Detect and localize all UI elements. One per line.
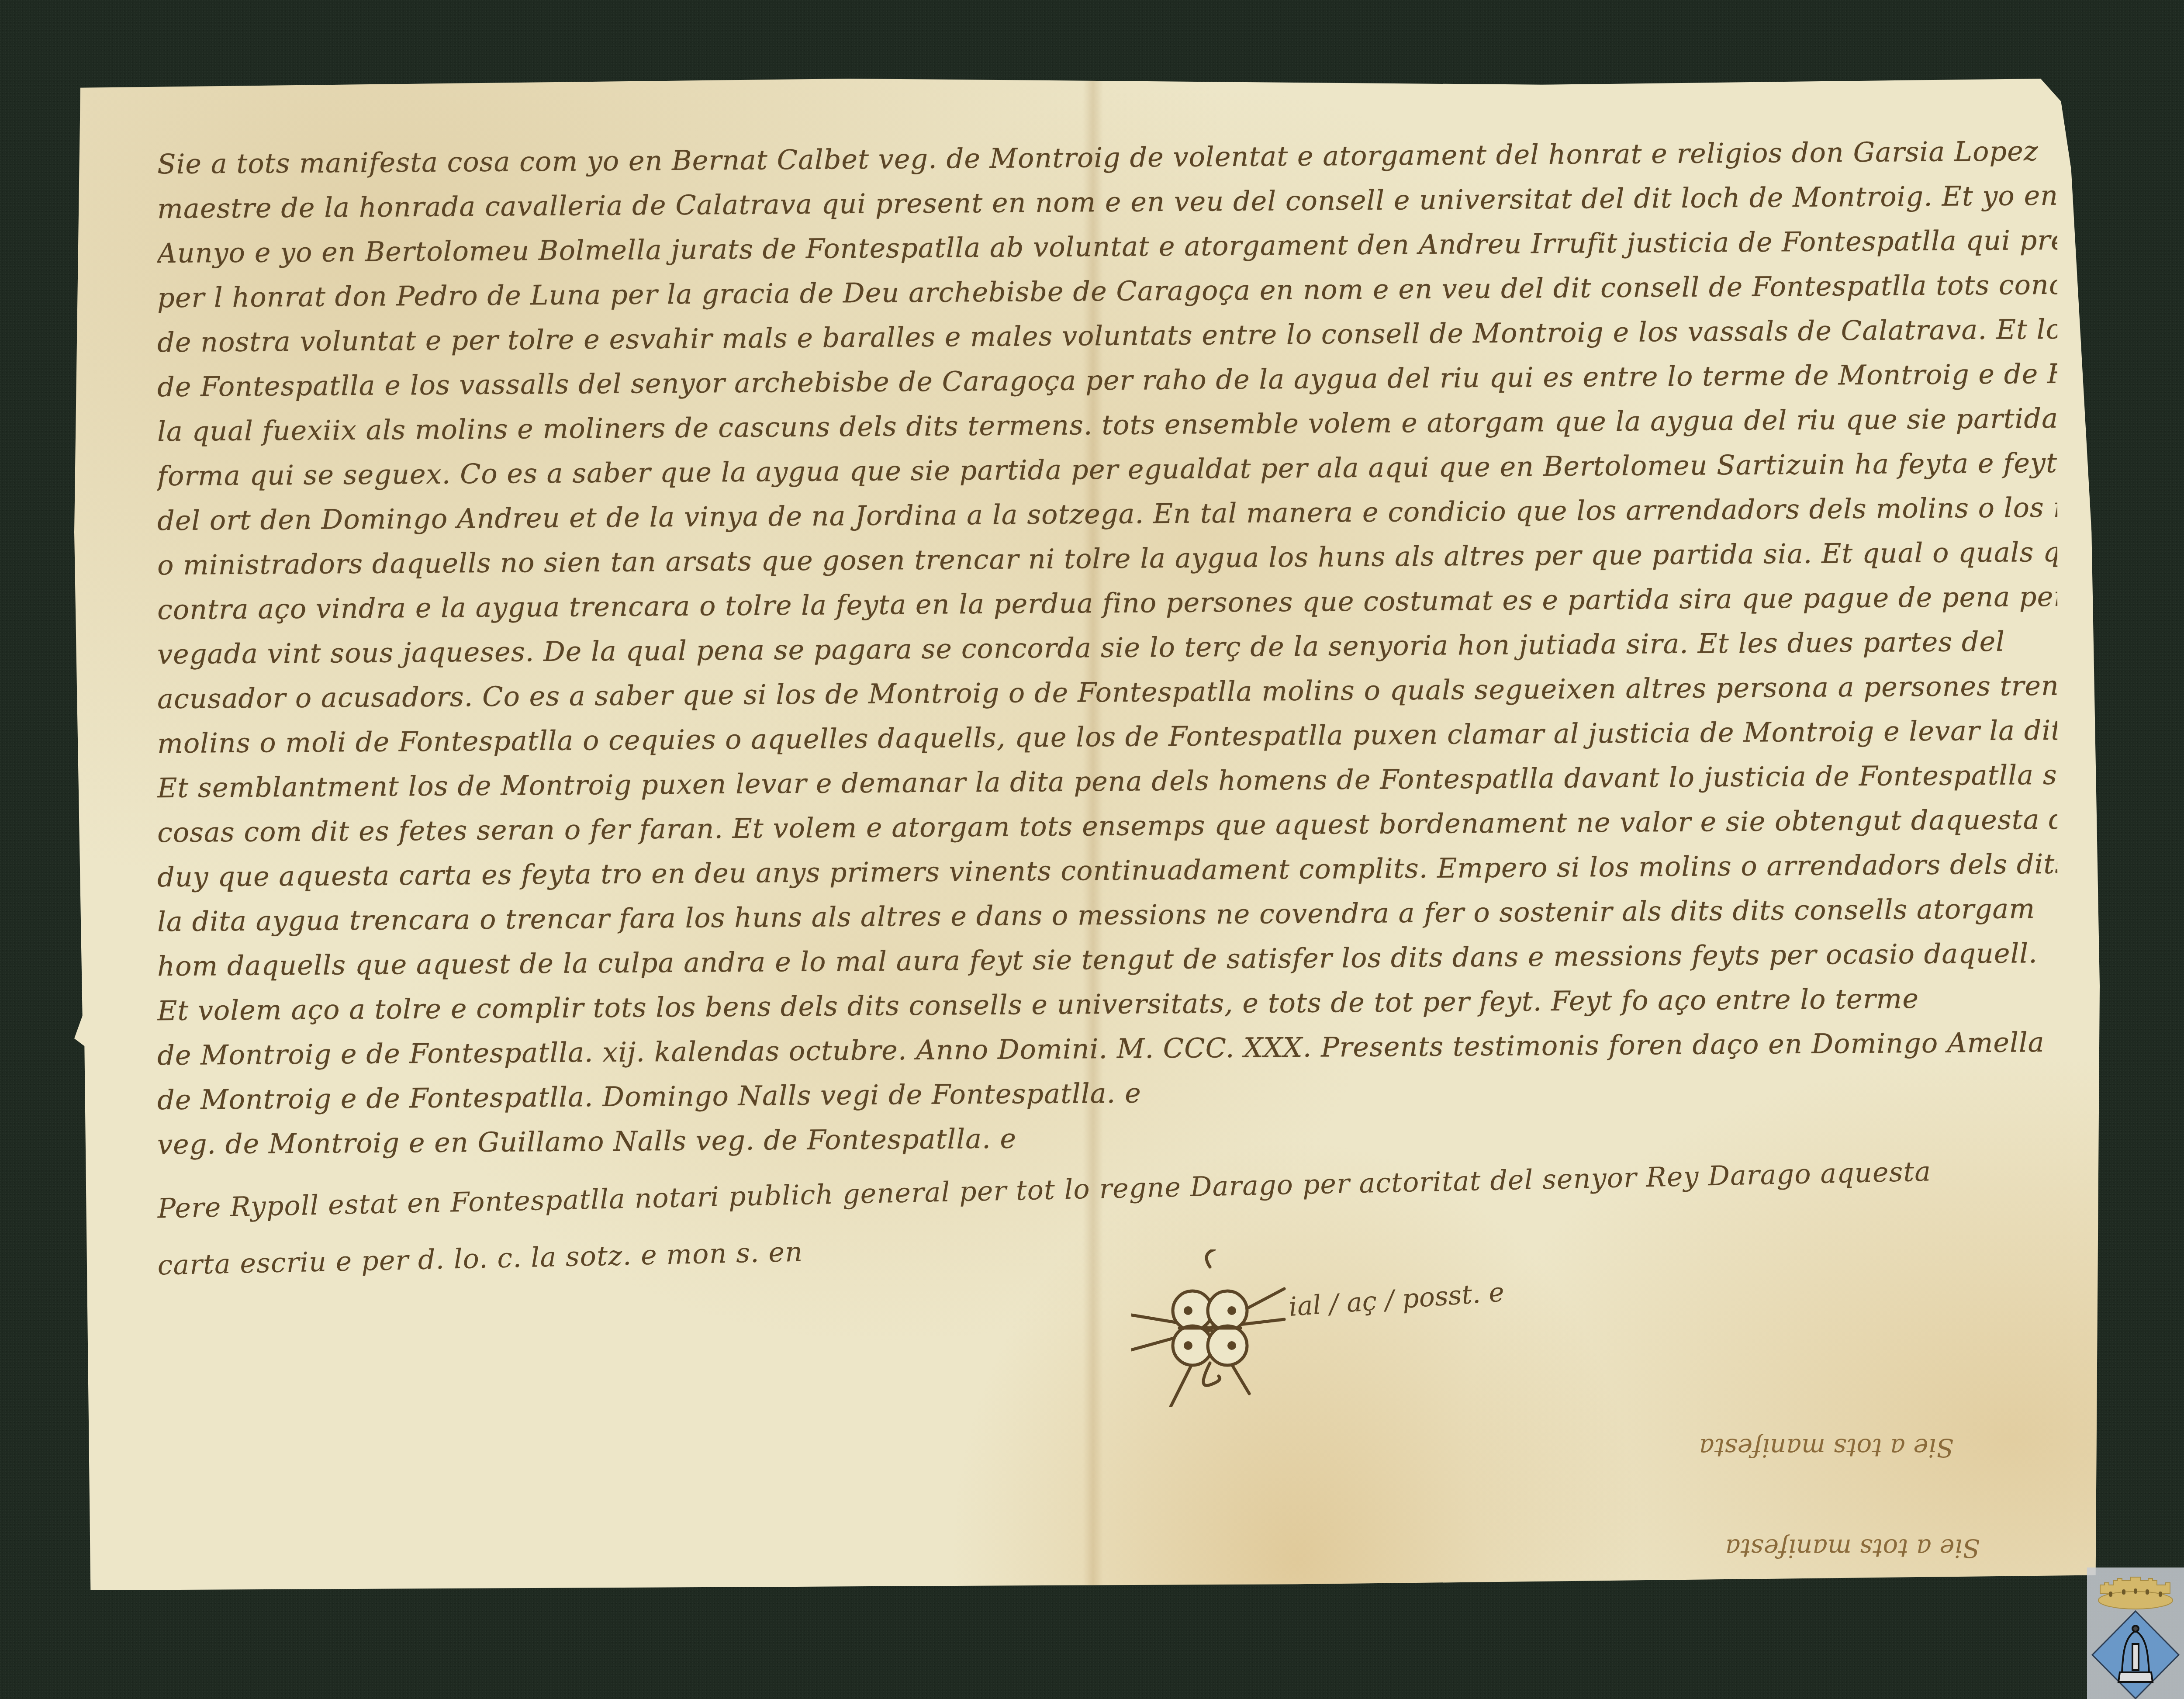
notary-sign-icon [1131, 1249, 1289, 1407]
crown-icon [2098, 1577, 2173, 1609]
notary-note: ial / aç / posst. e [1288, 1277, 1505, 1322]
coat-of-arms-logo [2087, 1568, 2184, 1699]
shield-icon [2092, 1611, 2179, 1699]
parchment-document: Sie a tots manifesta cosa com yo en Bern… [74, 79, 2112, 1590]
dorsal-note: Sie a tots manifesta [1699, 1433, 1954, 1463]
charter-text: Sie a tots manifesta cosa com yo en Bern… [157, 135, 2057, 1274]
dorsal-note: Sie a tots manifesta [1725, 1533, 1980, 1563]
